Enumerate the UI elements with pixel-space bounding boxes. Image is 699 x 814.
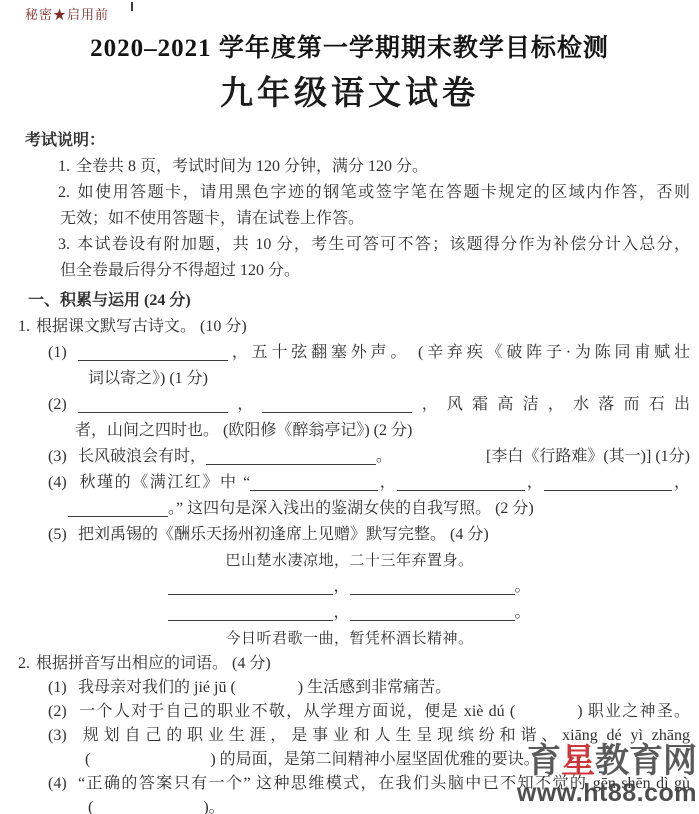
- q2-item-3-line-2: () 的局面，是第二间精神小屋坚固优雅的要诀。: [0, 748, 699, 772]
- poem-block: 巴山楚水凄凉地，二十三年弃置身。 ，。 ，。 今日听君歌一曲，暂凭杯酒长精神。: [0, 548, 699, 652]
- q2-item-4-line-2: ()。: [0, 796, 699, 814]
- q1-item-1-line-1: (1)，五十弦翻塞外声。 (辛弃疾《破阵子·为陈同甫赋壮: [0, 340, 699, 366]
- item-number: (3): [48, 724, 74, 748]
- q2-item-2-line: (2)一个人对于自己的职业不敬，从学理方面说，便是 xiè dú () 职业之神…: [0, 700, 699, 724]
- text-segment: ，五十弦翻塞外声。 (辛弃疾《破阵子·为陈同甫赋壮: [228, 344, 690, 361]
- answer-blank: [350, 575, 515, 595]
- instruction-text-continued: 但全卷最后得分不得超过 120 分。: [0, 258, 699, 284]
- instructions-heading: 考试说明：: [0, 128, 699, 154]
- instruction-text: 全卷共 8 页，考试时间为 120 分钟，满分 120 分。: [76, 158, 428, 175]
- text-segment: 我母亲对我们的 jié jū (: [78, 679, 236, 696]
- answer-blank: [250, 471, 378, 491]
- q2-item-3-line-1: (3)规划自己的职业生涯，是事业和人生呈现缤纷和谐、xiāng dé yì zh…: [0, 724, 699, 748]
- text-segment: ，: [333, 578, 349, 595]
- q1-item-2-line-2: 者，山间之四时也。 (欧阳修《醉翁亭记》) (2 分): [0, 418, 699, 444]
- exam-subtitle: 九年级语文试卷: [10, 74, 689, 114]
- text-segment: )。: [203, 799, 224, 814]
- q1-item-3-line: (3)长风破浪会有时，。 [李白《行路难》(其一)] (1分): [0, 444, 699, 470]
- text-segment: 一个人对于自己的职业不敬，从学理方面说，便是 xiè dú (: [78, 703, 515, 720]
- text-segment: (: [85, 751, 90, 768]
- question-1-stem: 1.根据课文默写古诗文。 (10 分): [0, 314, 699, 340]
- text-segment: 长风破浪会有时，: [78, 448, 206, 465]
- text-segment: “正确的答案只有一个” 这种思维模式，在我们头脑中已不知不觉的 gēn shēn…: [78, 775, 690, 792]
- item-number: (2): [48, 392, 74, 418]
- answer-blank: [544, 471, 672, 491]
- text-segment: ，: [525, 474, 544, 491]
- section-one-heading: 一、积累与运用 (24 分): [0, 288, 699, 314]
- text-segment: 。: [515, 604, 531, 621]
- text-segment: 。: [376, 448, 392, 465]
- instruction-text: 如使用答题卡，请用黑色字迹的钢笔或签字笔在答题卡规定的区域内作答，否则: [76, 184, 690, 201]
- instruction-number: 3.: [58, 232, 71, 258]
- item-number: (4): [48, 772, 74, 796]
- question-2-stem: 2.根据拼音写出相应的词语。 (4 分): [0, 652, 699, 676]
- text-segment: 秋瑾的《满江红》中 “: [78, 474, 250, 491]
- answer-blank: [78, 393, 228, 413]
- question-2-block: 2.根据拼音写出相应的词语。 (4 分) (1)我母亲对我们的 jié jū (…: [0, 652, 699, 814]
- answer-blank: [262, 393, 412, 413]
- answer-blank: [78, 341, 228, 361]
- q2-item-1-line: (1)我母亲对我们的 jié jū () 生活感到非常痛苦。: [0, 676, 699, 700]
- security-classification-label: 秘密★启用前: [25, 7, 109, 23]
- instruction-item: 1.全卷共 8 页，考试时间为 120 分钟，满分 120 分。: [0, 154, 699, 180]
- answer-blank: [168, 575, 333, 595]
- exam-paper-page: 秘密★启用前 2020–2021 学年度第一学期期末教学目标检测 九年级语文试卷…: [0, 0, 699, 814]
- exam-title: 2020–2021 学年度第一学期期末教学目标检测: [10, 34, 689, 64]
- instruction-text: 本试卷设有附加题，共 10 分，考生可答可不答；该题得分作为补偿分计入总分，: [76, 236, 690, 253]
- answer-blank: [350, 601, 515, 621]
- poem-line: 今日听君歌一曲，暂凭杯酒长精神。: [0, 626, 699, 652]
- text-segment: (: [88, 799, 93, 814]
- scan-artifact-tick: [131, 2, 133, 11]
- text-segment: ) 职业之神圣。: [577, 703, 690, 720]
- item-number: (2): [48, 700, 74, 724]
- item-number: (5): [48, 522, 74, 548]
- text-segment: ) 生活感到非常痛苦。: [298, 679, 451, 696]
- answer-blank: [68, 497, 168, 517]
- poem-answer-line: ，。: [0, 574, 699, 600]
- q2-item-4-line-1: (4)“正确的答案只有一个” 这种思维模式，在我们头脑中已不知不觉的 gēn s…: [0, 772, 699, 796]
- q1-item-5-stem: (5)把刘禹锡的《酬乐天扬州初逢席上见赠》默写完整。 (4 分): [0, 522, 699, 548]
- item-number: (1): [48, 340, 74, 366]
- poem-line: 巴山楚水凄凉地，二十三年弃置身。: [0, 548, 699, 574]
- q1-item-4-line-2: 。” 这四句是深入浅出的鉴湖女侠的自我写照。 (2 分): [0, 496, 699, 522]
- q1-item-4-line-1: (4)秋瑾的《满江红》中 “，，，: [0, 470, 699, 496]
- text-segment: 。” 这四句是深入浅出的鉴湖女侠的自我写照。 (2 分): [168, 500, 534, 517]
- poem-answer-line: ，。: [0, 600, 699, 626]
- text-segment: ，: [228, 396, 262, 413]
- instruction-number: 2.: [58, 180, 71, 206]
- instruction-number: 1.: [58, 154, 71, 180]
- q1-item-1-line-2: 词以寄之》) (1 分): [0, 366, 699, 392]
- q1-item-2-line-1: (2)，，风霜高洁，水落而石出: [0, 392, 699, 418]
- poem-citation: [李白《行路难》(其一)] (1分): [486, 444, 690, 470]
- text-segment: ，: [333, 604, 349, 621]
- answer-blank: [206, 445, 376, 465]
- text-segment: ，风霜高洁，水落而石出: [412, 396, 690, 413]
- text-segment: 规划自己的职业生涯，是事业和人生呈现缤纷和谐、xiāng dé yì zhāng: [78, 727, 690, 744]
- instructions-list: 1.全卷共 8 页，考试时间为 120 分钟，满分 120 分。 2.如使用答题…: [0, 154, 699, 284]
- item-number: (3): [48, 444, 74, 470]
- item-number: (4): [48, 470, 74, 496]
- answer-blank: [168, 601, 333, 621]
- text-segment: 。: [515, 578, 531, 595]
- text-segment: ) 的局面，是第二间精神小屋坚固优雅的要诀。: [210, 751, 539, 768]
- question-number: 2.: [18, 655, 30, 672]
- question-number: 1.: [18, 318, 30, 335]
- answer-blank: [397, 471, 525, 491]
- text-segment: ，: [378, 474, 397, 491]
- instruction-item: 3.本试卷设有附加题，共 10 分，考生可答可不答；该题得分作为补偿分计入总分，: [0, 232, 699, 258]
- instruction-item: 2.如使用答题卡，请用黑色字迹的钢笔或签字笔在答题卡规定的区域内作答，否则: [0, 180, 699, 206]
- item-number: (1): [48, 676, 74, 700]
- text-segment: ，: [672, 474, 690, 491]
- instruction-text-continued: 无效；如不使用答题卡，请在试卷上作答。: [0, 206, 699, 232]
